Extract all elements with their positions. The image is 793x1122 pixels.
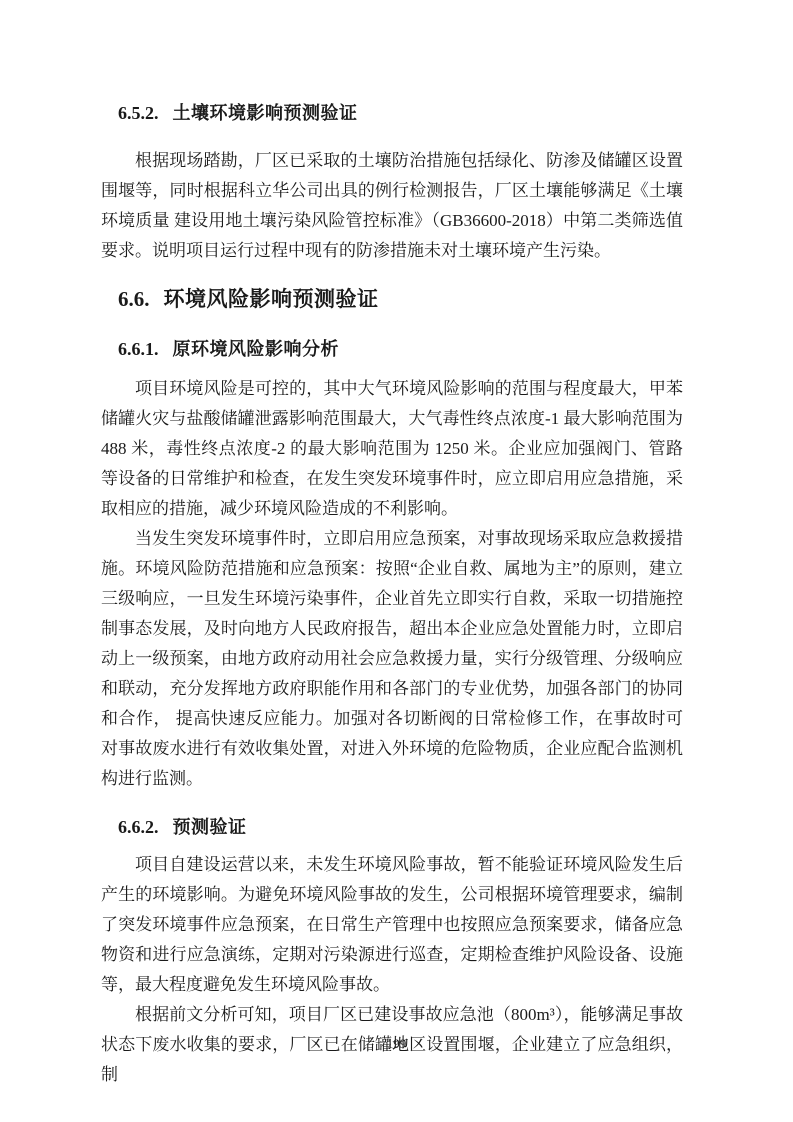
paragraph-risk-scope: 项目环境风险是可控的，其中大气环境风险影响的范围与程度最大，甲苯储罐火灾与盐酸储… bbox=[101, 374, 683, 524]
paragraph-soil-measures: 根据现场踏勘，厂区已采取的土壤防治措施包括绿化、防渗及储罐区设置围堰等，同时根据… bbox=[101, 146, 683, 266]
heading-risk-analysis: 6.6.1.原环境风险影响分析 bbox=[118, 336, 683, 362]
heading-soil-verification: 6.5.2.土壤环境影响预测验证 bbox=[118, 100, 683, 126]
section-title: 原环境风险影响分析 bbox=[173, 339, 340, 359]
heading-prediction-verification: 6.6.2.预测验证 bbox=[118, 814, 683, 840]
paragraph-no-accident-record: 项目自建设运营以来，未发生环境风险事故，暂不能验证环境风险发生后产生的环境影响。… bbox=[101, 850, 683, 1000]
section-title: 环境风险影响预测验证 bbox=[164, 287, 379, 311]
section-number: 6.6. bbox=[118, 284, 150, 314]
section-number: 6.6.1. bbox=[118, 336, 159, 362]
section-title: 土壤环境影响预测验证 bbox=[173, 103, 358, 123]
page-content: 6.5.2.土壤环境影响预测验证 根据现场踏勘，厂区已采取的土壤防治措施包括绿化… bbox=[0, 0, 793, 1090]
section-number: 6.5.2. bbox=[118, 100, 159, 126]
paragraph-emergency-response: 当发生突发环境事件时，立即启用应急预案，对事故现场采取应急救援措施。环境风险防范… bbox=[101, 524, 683, 794]
section-number: 6.6.2. bbox=[118, 814, 159, 840]
heading-risk-verification: 6.6.环境风险影响预测验证 bbox=[118, 284, 683, 314]
document-page: 6.5.2.土壤环境影响预测验证 根据现场踏勘，厂区已采取的土壤防治措施包括绿化… bbox=[0, 0, 793, 1122]
page-number: 199 bbox=[0, 1036, 793, 1052]
section-title: 预测验证 bbox=[173, 817, 247, 837]
